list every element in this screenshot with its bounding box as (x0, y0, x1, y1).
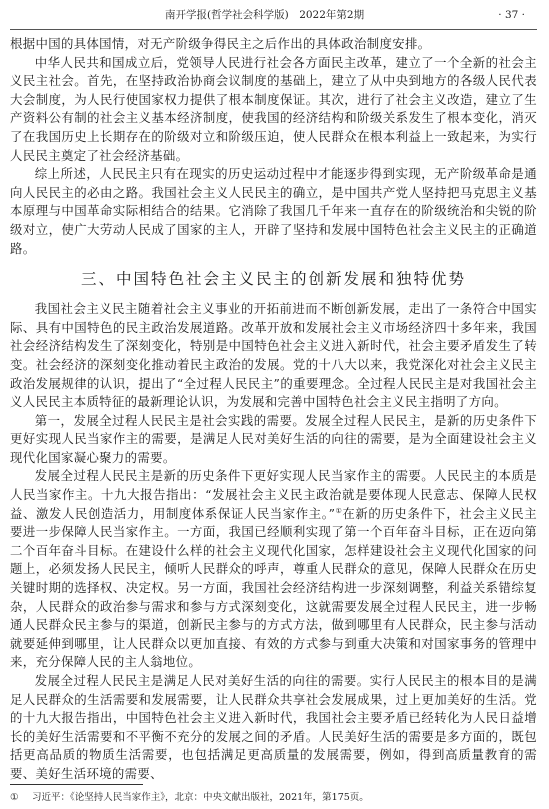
paragraph: 我国社会主义民主随着社会主义事业的开拓前进而不断创新发展，走出了一条符合中国实际… (10, 300, 537, 412)
page-number: · 37 · (498, 7, 525, 23)
paragraph: 综上所述，人民民主只有在现实的历史运动过程中才能逐步得到实现，无产阶级革命是通向… (10, 165, 537, 258)
footnote-rule (10, 784, 143, 785)
journal-title: 南开学报(哲学社会科学版) 2022年第2期 (165, 7, 364, 23)
running-header: 南开学报(哲学社会科学版) 2022年第2期 · 37 · (10, 7, 537, 23)
section-heading: 三、中国特色社会主义民主的创新发展和独特优势 (10, 268, 537, 290)
footnote: ①习近平：《论坚持人民当家作主》，北京：中央文献出版社，2021年，第175页。 (10, 791, 537, 805)
paragraph: 第一，发展全过程人民民主是社会实践的需要。发展全过程人民民主，是新的历史条件下更… (10, 412, 537, 468)
footnote-marker: ① (10, 791, 32, 805)
paragraph: 发展全过程人民民主是满足人民对美好生活的向往的需要。实行人民民主的根本目的是满足… (10, 672, 537, 784)
article-body: 根据中国的具体国情，对无产阶级争得民主之后作出的具体政治制度安排。 中华人民共和… (10, 35, 537, 784)
paragraph: 中华人民共和国成立后，党领导人民进行社会各方面民主改革，建立了一个全新的社会主义… (10, 54, 537, 166)
footnote-text: 习近平：《论坚持人民当家作主》，北京：中央文献出版社，2021年，第175页。 (32, 792, 369, 803)
paragraph-text: 在新的历史条件下，社会主义民主要进一步保障人民当家作主。一方面，我国已经顺利实现… (10, 506, 537, 670)
document-page: 南开学报(哲学社会科学版) 2022年第2期 · 37 · 根据中国的具体国情，… (10, 0, 537, 809)
paragraph-with-footnote: 发展全过程人民民主是新的历史条件下更好实现人民当家作主的需要。人民民主的本质是人… (10, 467, 537, 672)
header-rule (10, 29, 537, 30)
paragraph-continuation: 根据中国的具体国情，对无产阶级争得民主之后作出的具体政治制度安排。 (10, 35, 537, 54)
